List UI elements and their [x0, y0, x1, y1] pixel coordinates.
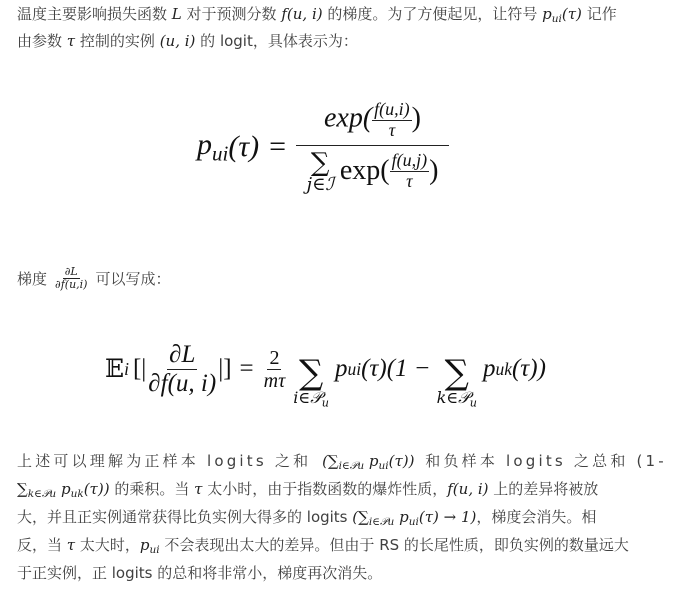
sum-symbol: ∑: [17, 480, 28, 498]
explanation-paragraph: 上述可以理解为正样本 logits 之和 (∑i∈𝒫u pui(τ)) 和负样本…: [17, 447, 673, 587]
equals-sign: =: [269, 130, 286, 164]
math-L: L: [172, 5, 182, 23]
inner-den: τ: [387, 121, 397, 141]
para-text: 于正实例，正 logits 的总和将非常小，梯度再次消失。: [17, 564, 382, 582]
para-text: 太小时，由于指数函数的爆炸性质，: [207, 480, 447, 498]
paragraph-row-4: 反，当 τ 太大时，pui 不会表现出太大的差异。但由于 RS 的长尾性质，即负…: [17, 531, 673, 559]
para-text: ，梯度会消失。相: [476, 508, 596, 526]
sum-limit-sub: u: [470, 396, 477, 409]
math-positive-sum: (∑i∈𝒫u pui(τ)): [322, 452, 414, 470]
coefficient-fraction: 2mτ: [262, 347, 288, 392]
math-tau: τ: [67, 32, 75, 50]
sum-symbol: ∑: [311, 150, 330, 176]
p-sub: ui: [409, 516, 419, 528]
p-symbol: p: [483, 355, 496, 383]
para-text: 太大时，: [80, 536, 140, 554]
eq1-denominator: ∑j∈ℐ exp(f(u,j)τ): [305, 146, 441, 194]
sum-operator-1: ∑i∈𝒫u: [293, 330, 329, 409]
gradient-fraction: ∂L∂f(u,i): [53, 266, 89, 291]
term1-arg: (τ)(1 −: [361, 355, 431, 383]
para-text: 大，并且正实例通常获得比负实例大得多的 logits: [17, 508, 348, 526]
p-symbol: p: [542, 5, 552, 23]
sum-symbol: ∑: [445, 356, 469, 390]
intro-text: 记作: [587, 5, 617, 23]
math-positive-sum-limit: (∑i∈𝒫u pui(τ) → 1): [352, 508, 476, 526]
exp-text: exp(: [324, 103, 372, 134]
intro-text: 控制的实例: [80, 32, 155, 50]
p-sub: ui: [378, 460, 388, 472]
frac-num: 2: [267, 347, 281, 370]
intro-text: 的 logit，具体表示为：: [200, 32, 358, 50]
sum-limit: j∈ℐ: [307, 176, 334, 194]
paragraph-row-1: 上述可以理解为正样本 logits 之和 (∑i∈𝒫u pui(τ)) 和负样本…: [17, 447, 673, 475]
p-arg: (τ)): [84, 480, 110, 498]
sum-operator-2: ∑k∈𝒫u: [437, 330, 477, 409]
p-symbol: p: [61, 480, 71, 498]
para-text: 的乘积。当: [114, 480, 189, 498]
eq1-lhs-arg: (τ): [228, 130, 259, 164]
para-text: 上述可以理解为正样本 logits 之和: [17, 452, 311, 470]
eq1-main-fraction: exp(f(u,i)τ) ∑j∈ℐ exp(f(u,j)τ): [296, 100, 449, 194]
p-symbol: p: [335, 355, 348, 383]
sum-limit: i∈𝒫: [293, 388, 322, 407]
equals-sign: =: [240, 355, 254, 383]
frac-den: ∂f(u, i): [146, 370, 218, 398]
term2-arg: (τ)): [512, 355, 546, 383]
intro-line-1: 温度主要影响损失函数 L 对于预测分数 f(u, i) 的梯度。为了方便起见，让…: [17, 4, 617, 29]
para-text: 不会表现出太大的差异。但由于 RS 的长尾性质，即负实例的数量远大: [164, 536, 628, 554]
equation-expected-gradient: 𝔼i [| ∂L∂f(u, i) |] = 2mτ ∑i∈𝒫u pui(τ)(1…: [105, 330, 546, 409]
para-text: 上的差异将被放: [493, 480, 598, 498]
math-ui: (u, i): [160, 32, 196, 50]
sum-limit: k∈𝒫: [437, 388, 470, 407]
para-text: 和负样本 logits 之总和 (1-: [425, 452, 667, 470]
paragraph-row-3: 大，并且正实例通常获得比负实例大得多的 logits (∑i∈𝒫u pui(τ)…: [17, 503, 673, 531]
paragraph-row-5: 于正实例，正 logits 的总和将非常小，梯度再次消失。: [17, 559, 673, 587]
eq1-lhs: pui: [197, 128, 228, 166]
inner-num: f(u,j): [390, 151, 430, 172]
sum-symbol: (∑: [352, 508, 369, 526]
sum-sub: k∈𝒫u: [28, 488, 56, 500]
paren: ): [412, 103, 421, 134]
intro-text: 对于预测分数: [187, 5, 277, 23]
intro-line-2: 由参数 τ 控制的实例 (u, i) 的 logit，具体表示为：: [17, 31, 358, 51]
math-f-ui: f(u, i): [447, 480, 488, 498]
frac-num: ∂L: [167, 341, 197, 370]
inner-fraction: f(u,j)τ: [390, 151, 430, 192]
inner-den: τ: [404, 172, 414, 192]
partial-fraction: ∂L∂f(u, i): [146, 341, 218, 397]
p-symbol: p: [197, 128, 212, 161]
math-f-ui: f(u, i): [281, 5, 322, 23]
p-sub: uk: [71, 488, 84, 500]
p-argument: (τ): [562, 5, 582, 23]
frac-den: ∂f(u,i): [53, 279, 89, 291]
eq1-numerator: exp(f(u,i)τ): [296, 100, 449, 146]
paragraph-row-2: ∑k∈𝒫u puk(τ)) 的乘积。当 τ 太小时，由于指数函数的爆炸性质，f(…: [17, 475, 673, 503]
math-tau: τ: [67, 536, 75, 554]
sum-limit-sub: u: [322, 396, 329, 409]
expectation-symbol: 𝔼: [105, 354, 124, 384]
math-tau: τ: [194, 480, 202, 498]
math-p-ui: pui(τ): [542, 5, 582, 23]
math-p-ui: pui: [140, 536, 160, 554]
p-subscript: ui: [212, 141, 228, 165]
paren: ): [429, 156, 438, 187]
close-bracket: |]: [218, 355, 231, 383]
inner-num: f(u,i): [372, 100, 412, 121]
gradient-suffix: 可以写成：: [95, 269, 170, 289]
p-arg: (τ) → 1): [419, 508, 477, 526]
sum-sub: i∈𝒫u: [369, 516, 394, 528]
p-sub: ui: [150, 544, 160, 556]
intro-text: 温度主要影响损失函数: [17, 5, 167, 23]
p-arg: (τ)): [389, 452, 415, 470]
sum-symbol: ∑: [299, 356, 323, 390]
para-text: 反，当: [17, 536, 62, 554]
open-bracket: [|: [133, 355, 146, 383]
gradient-line: 梯度 ∂L∂f(u,i) 可以写成：: [17, 266, 170, 291]
frac-den: mτ: [262, 370, 288, 392]
inner-fraction: f(u,i)τ: [372, 100, 412, 141]
p-subscript: ui: [552, 13, 562, 25]
math-negative-sum: ∑k∈𝒫u puk(τ)): [17, 480, 110, 498]
intro-text: 的梯度。为了方便起见，让符号: [327, 5, 537, 23]
sum-sub: i∈𝒫u: [339, 460, 364, 472]
sum-operator: ∑j∈ℐ: [307, 150, 334, 194]
p-symbol: p: [140, 536, 150, 554]
gradient-label: 梯度: [17, 269, 47, 289]
expectation-subscript: i: [124, 359, 129, 380]
equation-softmax-logit: pui(τ) = exp(f(u,i)τ) ∑j∈ℐ exp(f(u,j)τ): [197, 100, 449, 194]
p-subscript: uk: [495, 359, 512, 380]
intro-text: 由参数: [17, 32, 62, 50]
p-subscript: ui: [347, 359, 361, 380]
exp-text: exp(: [340, 156, 390, 187]
sum-symbol: (∑: [322, 452, 339, 470]
p-symbol: p: [399, 508, 409, 526]
